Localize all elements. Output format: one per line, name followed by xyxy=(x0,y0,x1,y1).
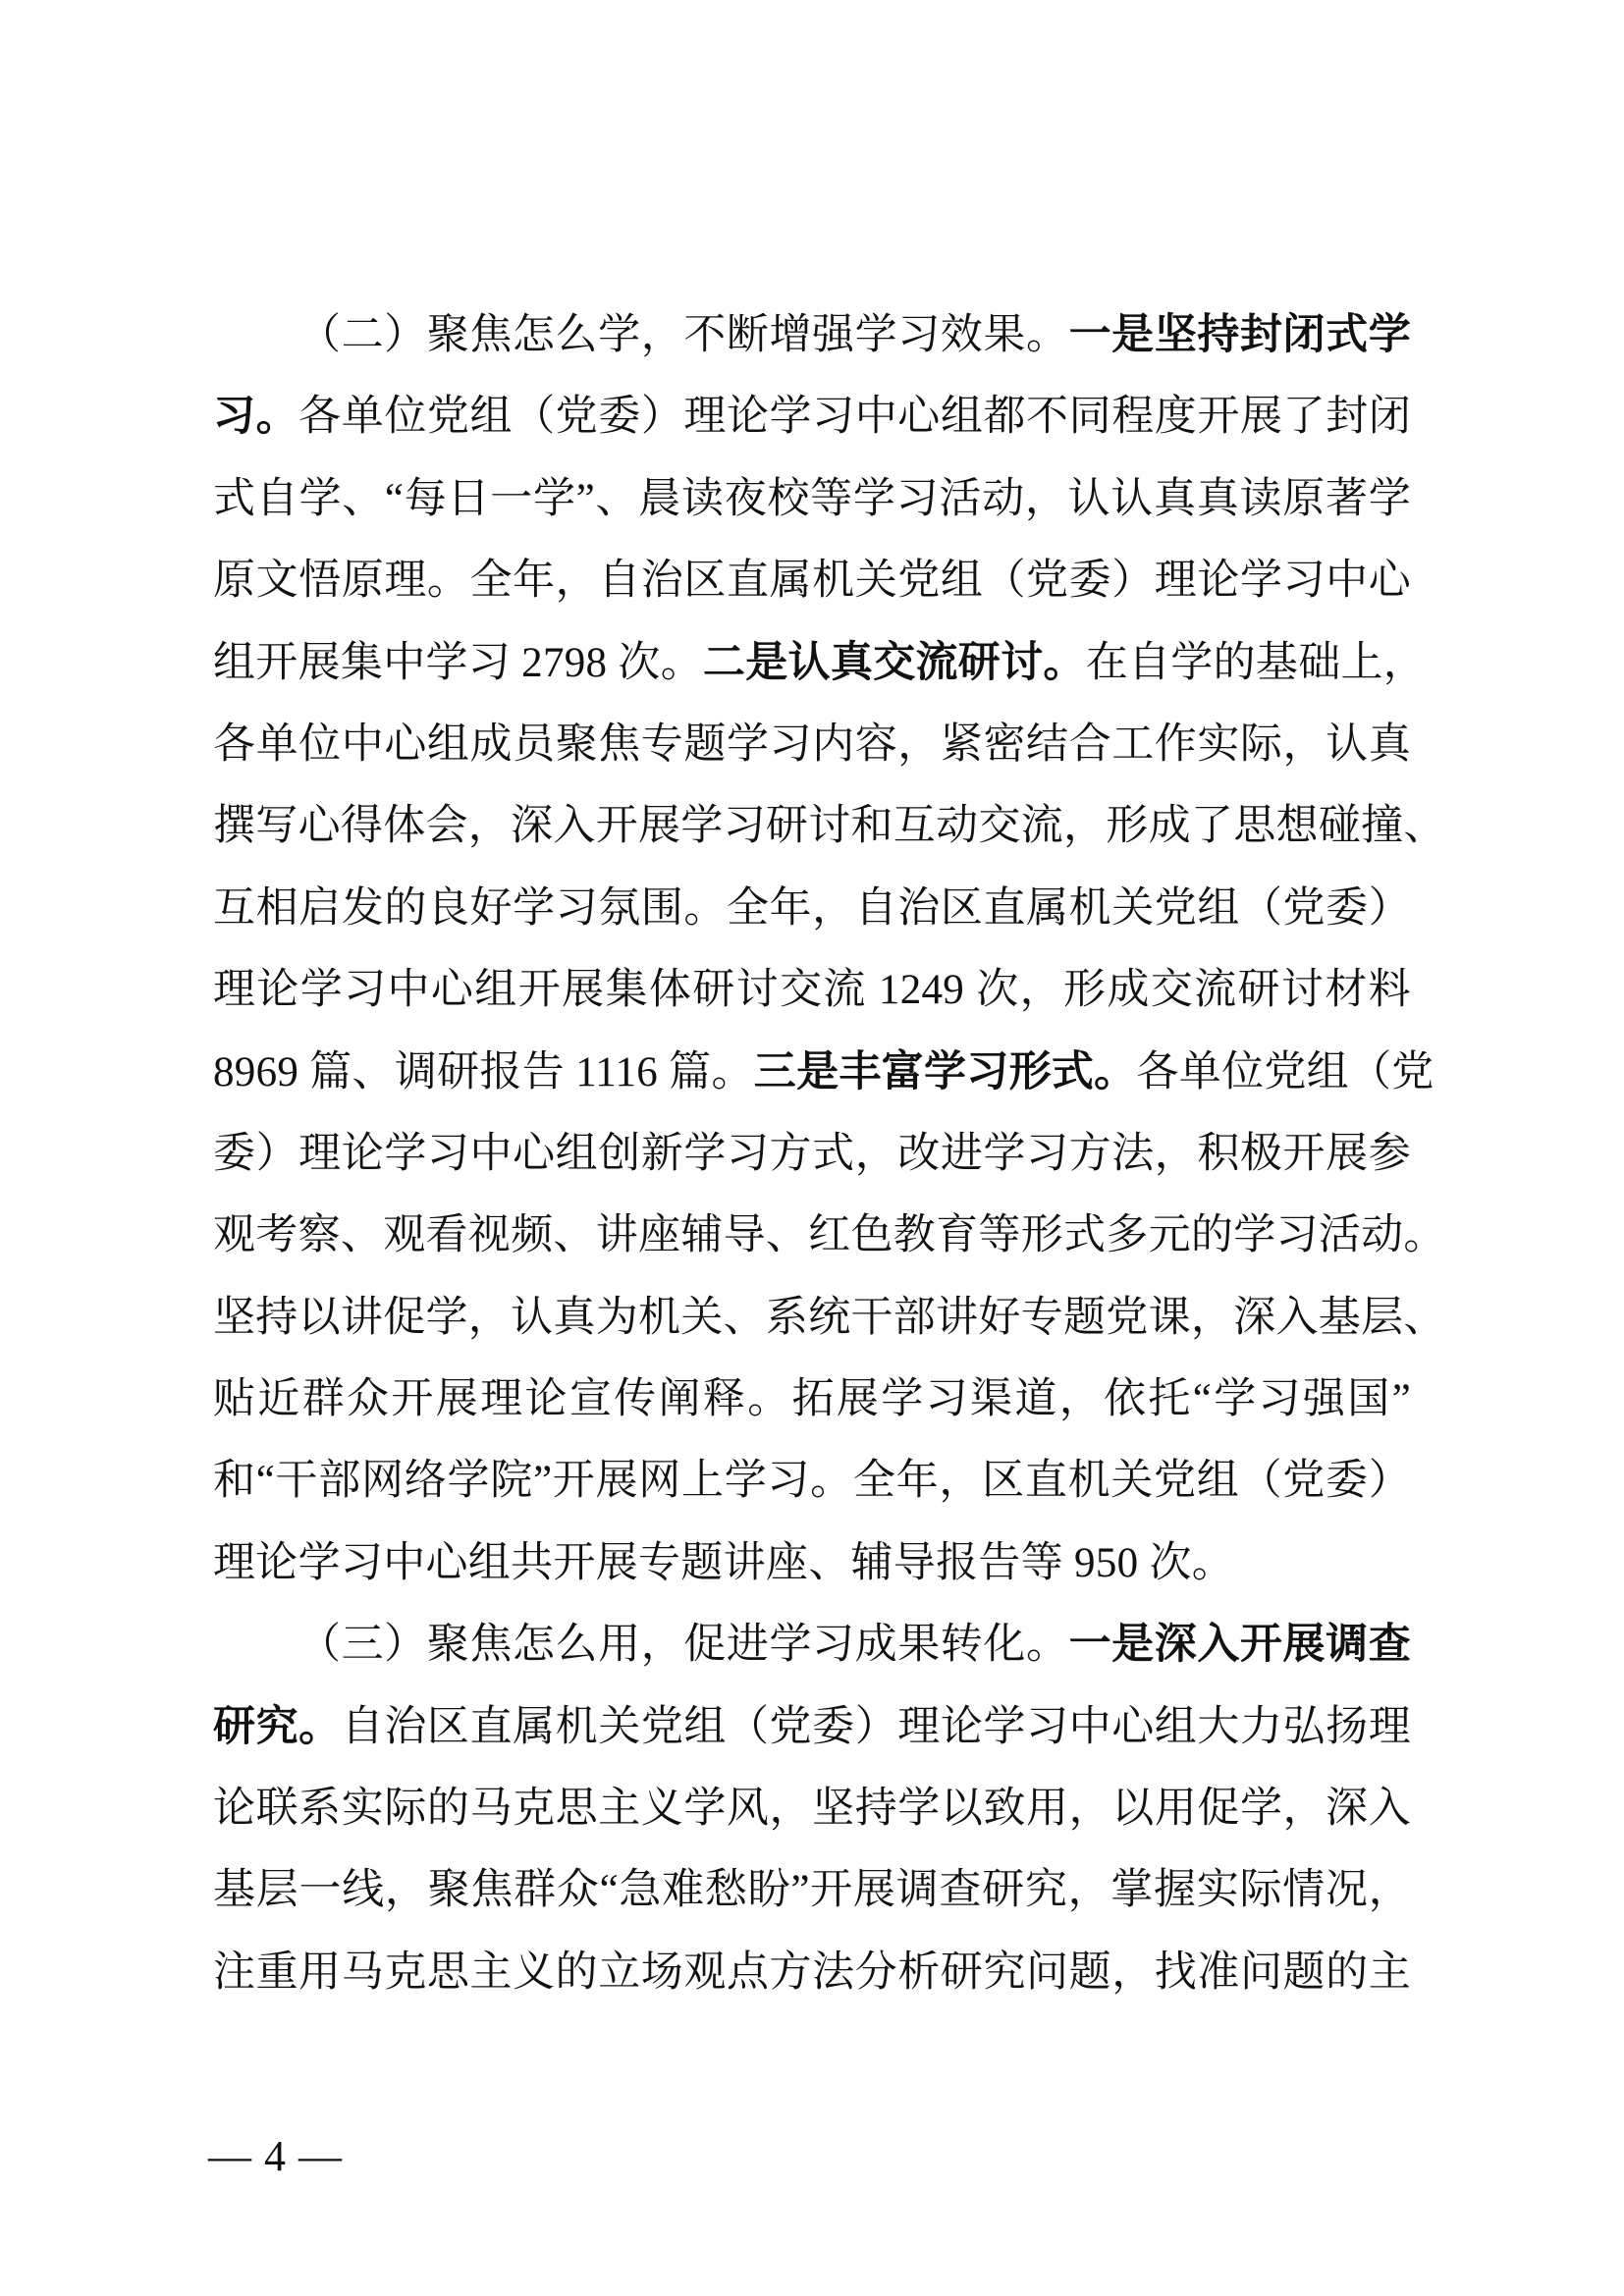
section-heading-2: （二）聚焦怎么学，不断增强学习效果。 xyxy=(298,312,1069,358)
page-number-label: — 4 — xyxy=(208,2132,343,2180)
body-text: 组开展集中学习 2798 次。 xyxy=(213,640,703,686)
body-text: 贴近群众开展理论宣传阐释。拓展学习渠道，依托“学习强国” xyxy=(213,1376,1411,1422)
text-line: 注重用马克思主义的立场观点方法分析研究问题，找准问题的主 xyxy=(213,1932,1411,2013)
emphasis-bold: 一是坚持封闭式学 xyxy=(1069,311,1411,358)
body-text: 基层一线，聚焦群众“急难愁盼”开展调查研究，掌握实际情况， xyxy=(213,1867,1411,1913)
text-line: 和“干部网络学院”开展网上学习。全年，区直机关党组（党委） xyxy=(213,1440,1411,1522)
text-line: （二）聚焦怎么学，不断增强学习效果。一是坚持封闭式学 xyxy=(213,294,1411,376)
body-text: 自治区直属机关党组（党委）理论学习中心组大力弘扬理 xyxy=(342,1704,1411,1750)
text-line: 组开展集中学习 2798 次。二是认真交流研讨。在自学的基础上， xyxy=(213,622,1411,704)
text-line: 理论学习中心组开展集体研讨交流 1249 次，形成交流研讨材料 xyxy=(213,949,1411,1031)
text-line: 委）理论学习中心组创新学习方式，改进学习方法，积极开展参 xyxy=(213,1113,1411,1195)
body-text: 各单位党组（党 xyxy=(1136,1049,1434,1095)
text-line: 8969 篇、调研报告 1116 篇。三是丰富学习形式。各单位党组（党 xyxy=(213,1032,1411,1113)
text-line: 原文悟原理。全年，自治区直属机关党组（党委）理论学习中心 xyxy=(213,540,1411,621)
emphasis-bold: 三是丰富学习形式。 xyxy=(754,1048,1137,1095)
body-text: 原文悟原理。全年，自治区直属机关党组（党委）理论学习中心 xyxy=(213,558,1411,604)
emphasis-bold: 二是认真交流研讨。 xyxy=(703,639,1086,686)
text-line: 坚持以讲促学，认真为机关、系统干部讲好专题党课，深入基层、 xyxy=(213,1277,1411,1359)
document-body: （二）聚焦怎么学，不断增强学习效果。一是坚持封闭式学 习。各单位党组（党委）理论… xyxy=(213,294,1411,2013)
body-text: 8969 篇、调研报告 1116 篇。 xyxy=(213,1049,754,1095)
body-text: 坚持以讲促学，认真为机关、系统干部讲好专题党课，深入基层、 xyxy=(213,1295,1446,1341)
body-text: 在自学的基础上， xyxy=(1086,640,1426,686)
body-text: 观考察、观看视频、讲座辅导、红色教育等形式多元的学习活动。 xyxy=(213,1212,1446,1258)
body-text: 各单位党组（党委）理论学习中心组都不同程度开展了封闭 xyxy=(298,394,1411,440)
emphasis-bold: 习。 xyxy=(213,393,298,440)
emphasis-bold: 一是深入开展调查 xyxy=(1069,1621,1411,1668)
text-line: 理论学习中心组共开展专题讲座、辅导报告等 950 次。 xyxy=(213,1522,1411,1604)
text-line: 论联系实际的马克思主义学风，坚持学以致用，以用促学，深入 xyxy=(213,1768,1411,1849)
text-line: 习。各单位党组（党委）理论学习中心组都不同程度开展了封闭 xyxy=(213,376,1411,457)
text-line: （三）聚焦怎么用，促进学习成果转化。一是深入开展调查 xyxy=(213,1604,1411,1685)
body-text: 互相启发的良好学习氛围。全年，自治区直属机关党组（党委） xyxy=(213,885,1411,932)
body-text: 委）理论学习中心组创新学习方式，改进学习方法，积极开展参 xyxy=(213,1131,1411,1177)
text-line: 贴近群众开展理论宣传阐释。拓展学习渠道，依托“学习强国” xyxy=(213,1359,1411,1440)
text-line: 观考察、观看视频、讲座辅导、红色教育等形式多元的学习活动。 xyxy=(213,1195,1411,1276)
text-line: 互相启发的良好学习氛围。全年，自治区直属机关党组（党委） xyxy=(213,868,1411,949)
document-page: （二）聚焦怎么学，不断增强学习效果。一是坚持封闭式学 习。各单位党组（党委）理论… xyxy=(0,0,1624,2296)
text-line: 基层一线，聚焦群众“急难愁盼”开展调查研究，掌握实际情况， xyxy=(213,1849,1411,1931)
text-line: 式自学、“每日一学”、晨读夜校等学习活动，认认真真读原著学 xyxy=(213,458,1411,540)
body-text: 论联系实际的马克思主义学风，坚持学以致用，以用促学，深入 xyxy=(213,1786,1411,1832)
body-text: 式自学、“每日一学”、晨读夜校等学习活动，认认真真读原著学 xyxy=(213,476,1411,522)
body-text: 理论学习中心组开展集体研讨交流 1249 次，形成交流研讨材料 xyxy=(213,967,1411,1013)
body-text: 理论学习中心组共开展专题讲座、辅导报告等 950 次。 xyxy=(213,1540,1234,1586)
body-text: 和“干部网络学院”开展网上学习。全年，区直机关党组（党委） xyxy=(213,1458,1411,1504)
text-line: 各单位中心组成员聚焦专题学习内容，紧密结合工作实际，认真 xyxy=(213,704,1411,785)
text-line: 撰写心得体会，深入开展学习研讨和互动交流，形成了思想碰撞、 xyxy=(213,785,1411,867)
emphasis-bold: 研究。 xyxy=(213,1703,342,1750)
body-text: 撰写心得体会，深入开展学习研讨和互动交流，形成了思想碰撞、 xyxy=(213,803,1446,849)
body-text: 注重用马克思主义的立场观点方法分析研究问题，找准问题的主 xyxy=(213,1949,1411,1996)
text-line: 研究。自治区直属机关党组（党委）理论学习中心组大力弘扬理 xyxy=(213,1686,1411,1768)
page-number: — 4 — xyxy=(208,2127,343,2186)
body-text: 各单位中心组成员聚焦专题学习内容，紧密结合工作实际，认真 xyxy=(213,721,1411,768)
section-heading-3: （三）聚焦怎么用，促进学习成果转化。 xyxy=(298,1622,1069,1668)
